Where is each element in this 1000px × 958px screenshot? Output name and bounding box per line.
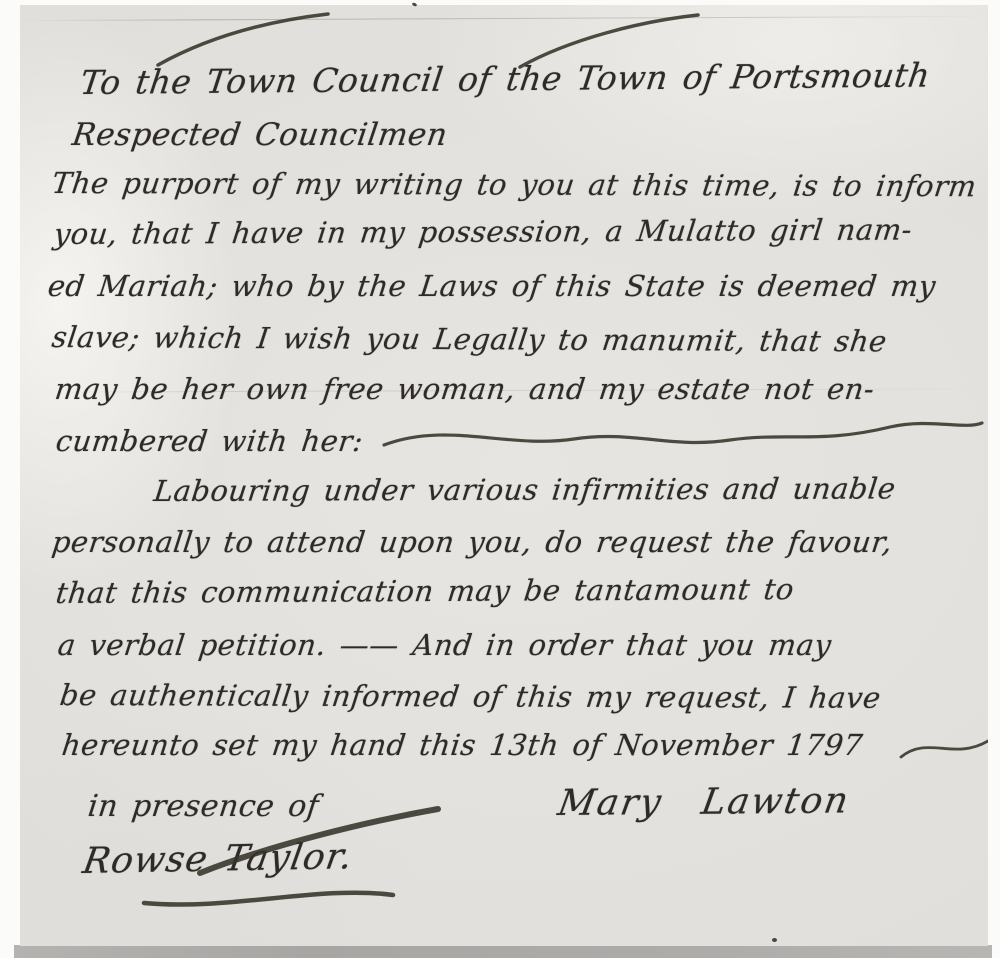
letter-heading: To the Town Council of the Town of Ports… xyxy=(78,56,933,102)
ink-speck xyxy=(772,938,777,942)
pen-flourish-divider xyxy=(378,413,988,459)
letter-line: that this communication may be tantamoun… xyxy=(54,572,796,610)
manuscript-paper: To the Town Council of the Town of Ports… xyxy=(20,5,988,946)
letter-line: Labouring under various infirmities and … xyxy=(152,471,898,508)
letter-line: may be her own free woman, and my estate… xyxy=(53,372,876,406)
scan-bottom-edge xyxy=(14,945,992,958)
letter-salutation: Respected Councilmen xyxy=(70,117,450,153)
letter-line: be authentically informed of this my req… xyxy=(58,678,883,715)
author-signature: Mary Lawton xyxy=(555,780,853,824)
letter-line: a verbal petition. —— And in order that … xyxy=(56,628,833,662)
letter-line: The purport of my writing to you at this… xyxy=(50,166,979,203)
pen-flourish-date xyxy=(898,729,988,769)
letter-line: you, that I have in my possession, a Mul… xyxy=(52,213,914,251)
letter-line: personally to attend upon you, do reques… xyxy=(50,525,894,559)
letter-line: ed Mariah; who by the Laws of this State… xyxy=(46,269,938,303)
pen-stroke-witness-area xyxy=(188,801,448,879)
letter-line: slave; which I wish you Legally to manum… xyxy=(50,320,889,358)
photograph-of-document: To the Town Council of the Town of Ports… xyxy=(0,0,1000,958)
pen-flourish-witness-underline xyxy=(138,881,400,913)
letter-line: hereunto set my hand this 13th of Novemb… xyxy=(60,728,865,762)
letter-line: cumbered with her: xyxy=(54,424,365,458)
